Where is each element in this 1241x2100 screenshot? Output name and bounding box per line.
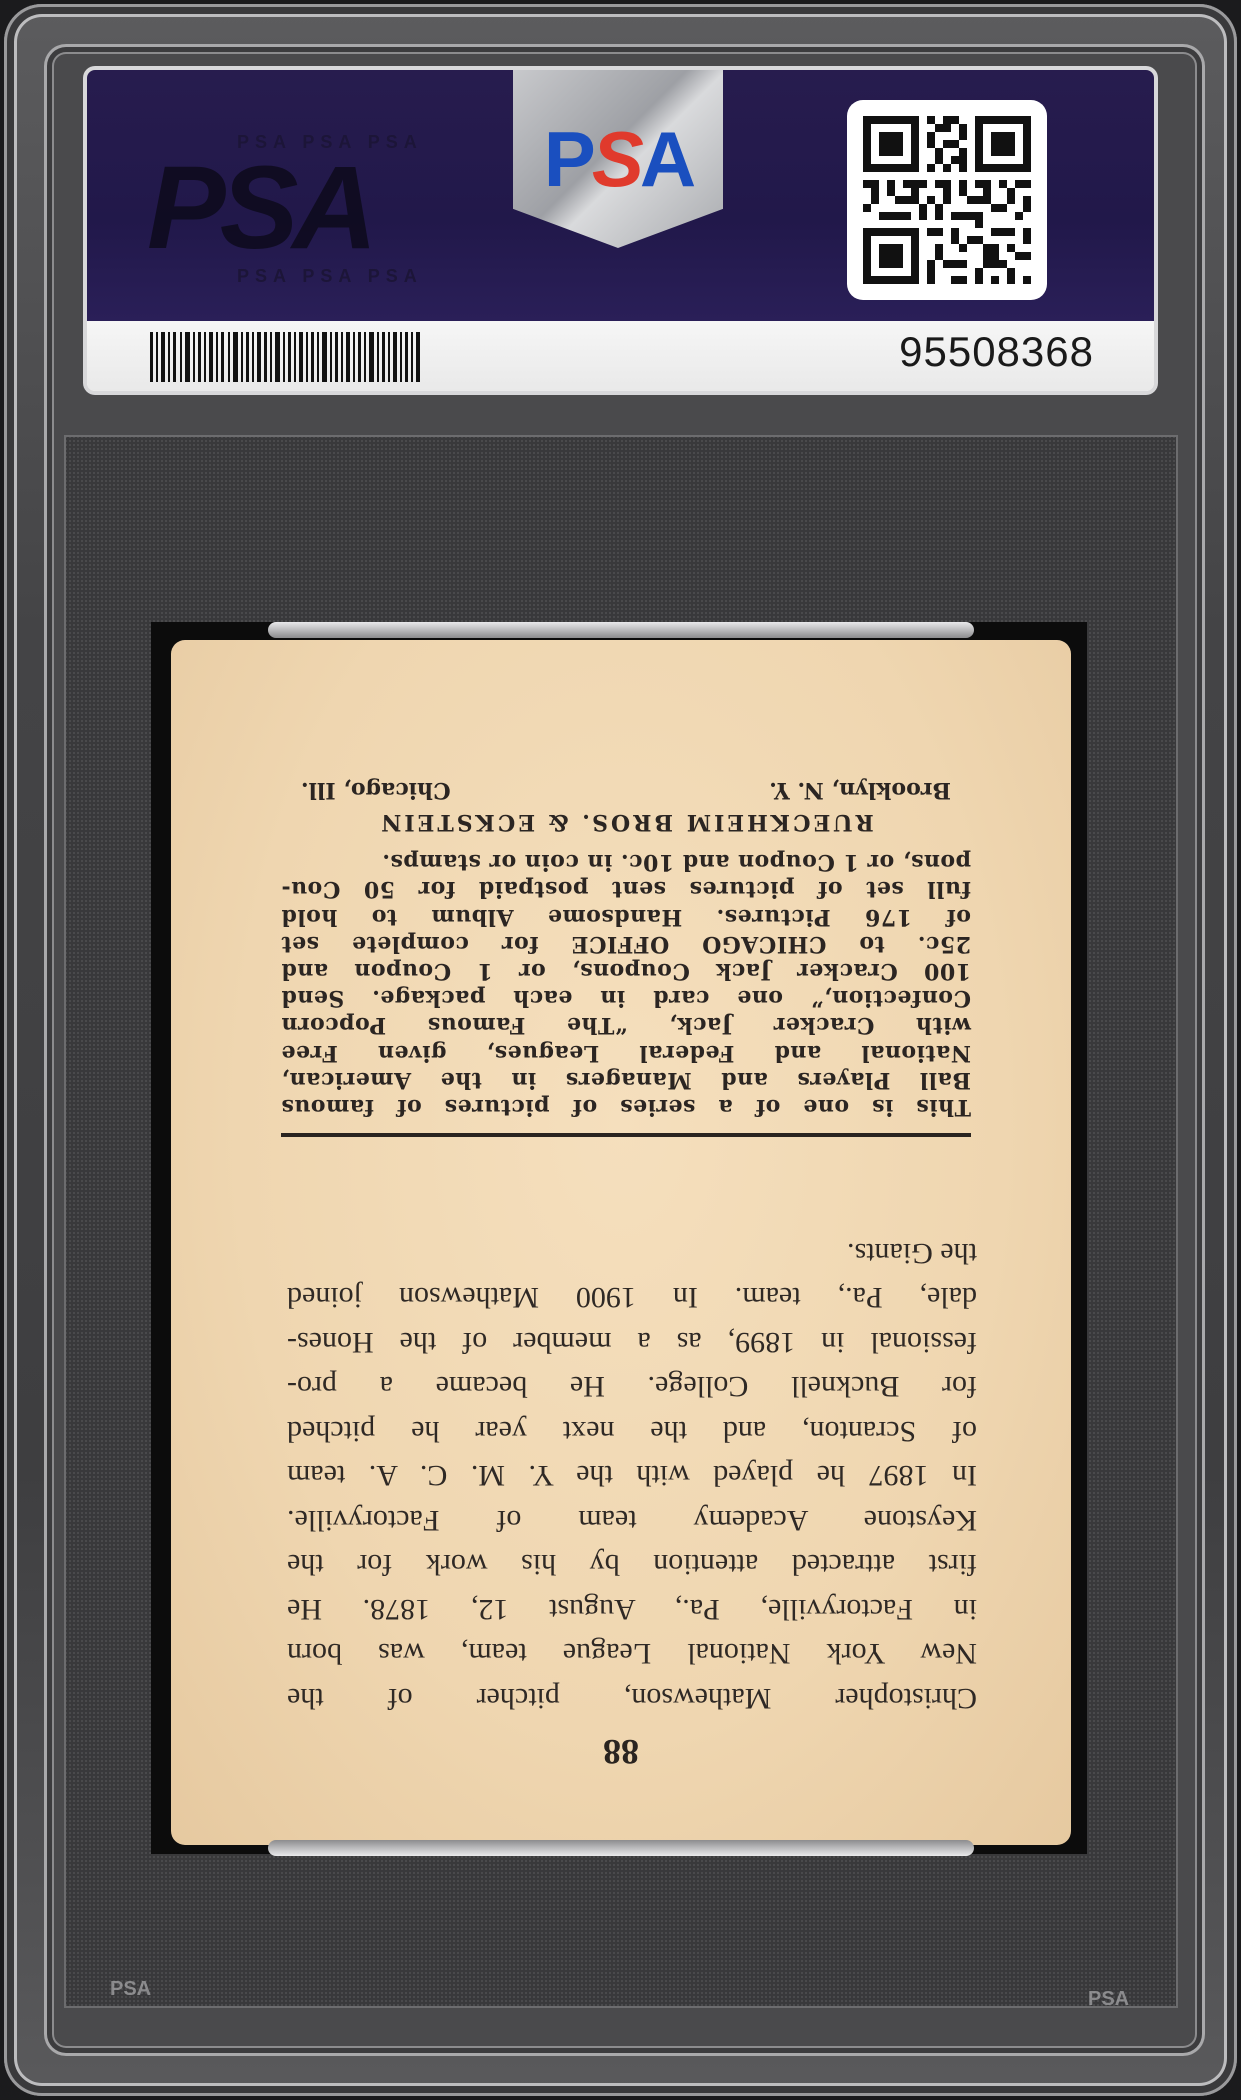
ad-line: full set of pictures sent postpaid for 5… — [281, 875, 971, 902]
city-brooklyn: Brooklyn, N. Y. — [769, 777, 951, 803]
hologram-mark-right: PSA — [1088, 1988, 1129, 2011]
bio-line: fessional in 1899, as a member of the Ho… — [287, 1320, 977, 1365]
psa-logo-icon: PSA — [513, 114, 723, 205]
divider-rule — [281, 1133, 971, 1137]
bio-line: of Scranton, and the next year he pitche… — [287, 1409, 977, 1454]
psa-label: PSA PSA PSA PSA PSA PSA PSA PSA — [87, 70, 1154, 391]
ghost-logo-pattern-bottom: PSA PSA PSA — [237, 266, 423, 287]
holder-rail-bottom — [268, 1840, 974, 1856]
hologram-mark-left: PSA — [110, 1978, 151, 2001]
ad-line: of 176 Pictures. Handsome Album to hold — [281, 902, 971, 929]
bio-line: first attracted attention by his work fo… — [287, 1542, 977, 1587]
barcode-icon — [150, 332, 423, 382]
ad-line: 25c. to CHICAGO OFFICE for complete set — [281, 930, 971, 957]
ghost-psa-logo: PSA — [147, 140, 372, 276]
card-back: 88 Christopher Mathewson, pitcher of the… — [171, 640, 1071, 1845]
psa-badge: PSA — [513, 70, 723, 248]
bio-line: In 1897 he played with the Y. M. C. A. t… — [287, 1453, 977, 1498]
logo-letter-s: S — [592, 115, 640, 203]
qr-code-icon[interactable] — [847, 100, 1047, 300]
bio-line: dale, Pa., team. In 1900 Mathewson joine… — [287, 1275, 977, 1320]
ad-line: 100 Cracker Jack Coupons, or 1 Coupon an… — [281, 957, 971, 984]
ad-line: Confection,” one card in each package. S… — [281, 984, 971, 1011]
label-header: PSA PSA PSA PSA PSA PSA PSA PSA — [87, 70, 1154, 321]
holder-rail-top — [268, 622, 974, 638]
bio-line: New York National League team, was born — [287, 1631, 977, 1676]
company-block: RUECKHEIM BROS. & ECKSTEIN Brooklyn, N. … — [301, 777, 951, 835]
advertisement-text: This is one of a series of pictures of f… — [281, 848, 971, 1120]
card-content-rotated: 88 Christopher Mathewson, pitcher of the… — [171, 640, 1071, 1845]
company-name: RUECKHEIM BROS. & ECKSTEIN — [301, 809, 951, 835]
player-bio: Christopher Mathewson, pitcher of the Ne… — [287, 1231, 977, 1721]
cert-number: 95508368 — [899, 328, 1094, 376]
bio-line: Christopher Mathewson, pitcher of the — [287, 1676, 977, 1721]
ad-line: with Cracker Jack, “The Famous Popcorn — [281, 1011, 971, 1038]
bio-line: for Bucknell College. He became a pro- — [287, 1364, 977, 1409]
bio-line: the Giants. — [287, 1231, 977, 1276]
city-chicago: Chicago, Ill. — [301, 777, 451, 803]
bio-line: Keystone Academy team of Factoryville. — [287, 1498, 977, 1543]
company-cities: Brooklyn, N. Y. Chicago, Ill. — [301, 777, 951, 803]
logo-letter-a: A — [640, 115, 692, 203]
card-number: 88 — [171, 1731, 1071, 1773]
ad-line: National and Federal Leagues, given Free — [281, 1038, 971, 1065]
ad-line: Ball Players and Managers in the America… — [281, 1066, 971, 1093]
logo-letter-p: P — [544, 115, 592, 203]
ad-line: pons, or 1 Coupon and 10c. in coin or st… — [281, 848, 971, 875]
bio-line: in Factoryville, Pa., August 12, 1878. H… — [287, 1587, 977, 1632]
ad-line: This is one of a series of pictures of f… — [281, 1093, 971, 1120]
